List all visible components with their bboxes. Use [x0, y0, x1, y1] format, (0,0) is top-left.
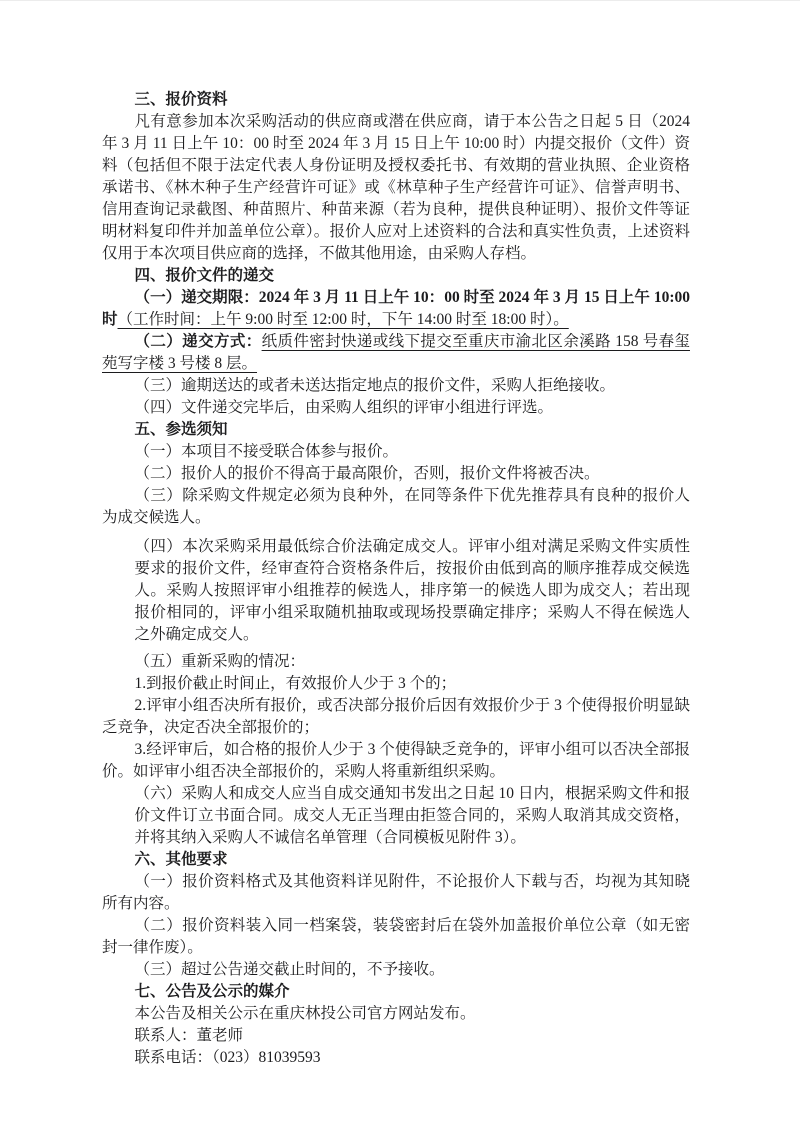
document-page: 三、报价资料 凡有意参加本次采购活动的供应商或潜在供应商，请于本公告之日起 5 …: [0, 0, 800, 1132]
para-section4-item3: （三）逾期送达的或者未送达指定地点的报价文件，采购人拒绝接收。: [102, 375, 690, 397]
heading-section-7: 七、公告及公示的媒介: [102, 981, 690, 1003]
heading-section-6: 六、其他要求: [102, 849, 690, 871]
para-section5-item1: （一）本项目不接受联合体参与报价。: [102, 441, 690, 463]
para-section5-item5-sub3: 3.经评审后，如合格的报价人少于 3 个使得缺乏竞争的，评审小组可以否决全部报价…: [102, 739, 690, 783]
para-section4-item1: （一）递交期限：2024 年 3 月 11 日上午 10：00 时至 2024 …: [102, 287, 690, 331]
working-hours-underlined-text: （工作时间：上午 9:00 时至 12:00 时，下午 14:00 时至 18:…: [118, 311, 569, 328]
para-contact-phone: 联系电话：（023）81039593: [102, 1047, 690, 1069]
para-section6-item1: （一）报价资料格式及其他资料详见附件，不论报价人下载与否，均视为其知晓所有内容。: [102, 871, 690, 915]
para-section5-item3: （三）除采购文件规定必须为良种外，在同等条件下优先推荐具有良种的报价人为成交候选…: [102, 485, 690, 529]
para-section4-item2: （二）递交方式：纸质件密封快递或线下提交至重庆市渝北区余溪路 158 号春玺苑写…: [102, 331, 690, 375]
para-publish-media: 本公告及相关公示在重庆林投公司官方网站发布。: [102, 1003, 690, 1025]
para-section5-item5-sub1: 1.到报价截止时间止，有效报价人少于 3 个的；: [102, 673, 690, 695]
para-section5-item6: （六）采购人和成交人应当自成交通知书发出之日起 10 日内，根据采购文件和报价文…: [135, 783, 690, 849]
document-content: 三、报价资料 凡有意参加本次采购活动的供应商或潜在供应商，请于本公告之日起 5 …: [102, 89, 690, 1069]
para-section5-item2: （二）报价人的报价不得高于最高限价，否则，报价文件将被否决。: [102, 463, 690, 485]
para-section6-item2: （二）报价资料装入同一档案袋，装袋密封后在袋外加盖报价单位公章（如无密封一律作废…: [102, 915, 690, 959]
para-section3-body: 凡有意参加本次采购活动的供应商或潜在供应商，请于本公告之日起 5 日（2024 …: [102, 111, 690, 265]
para-section6-item3: （三）超过公告递交截止时间的，不予接收。: [102, 959, 690, 981]
heading-section-4: 四、报价文件的递交: [102, 265, 690, 287]
heading-section-5: 五、参选须知: [102, 419, 690, 441]
para-section5-item5: （五）重新采购的情况：: [102, 651, 690, 673]
para-section5-item4: （四）本次采购采用最低综合价法确定成交人。评审小组对满足采购文件实质性要求的报价…: [135, 536, 690, 646]
para-section5-item5-sub2: 2.评审小组否决所有报价，或否决部分报价后因有效报价少于 3 个使得报价明显缺乏…: [102, 695, 690, 739]
para-contact-person: 联系人：董老师: [102, 1025, 690, 1047]
delivery-method-label: （二）递交方式：: [135, 333, 262, 350]
para-section4-item4: （四）文件递交完毕后，由采购人组织的评审小组进行评选。: [102, 397, 690, 419]
heading-section-3: 三、报价资料: [102, 89, 690, 111]
